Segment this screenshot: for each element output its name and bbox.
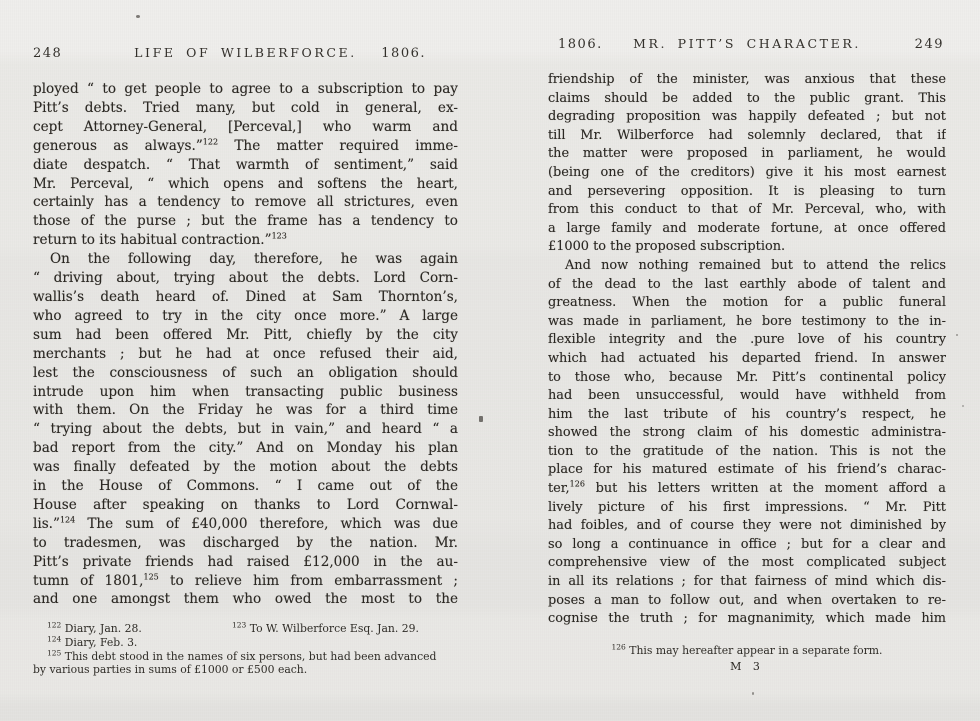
- left-running-title: LIFE OF WILBERFORCE.: [134, 45, 357, 60]
- text-line: tion to the gratitude of the nation. Thi…: [548, 443, 946, 462]
- text-line: And now nothing remained but to attend t…: [548, 257, 946, 276]
- text-line: flexible integrity and the .pure love of…: [548, 331, 946, 350]
- text-line: those of the purse ; but the frame has a…: [33, 212, 458, 231]
- text-line: cognise the truth ; for magnanimity, whi…: [548, 610, 946, 629]
- text-line: had foibles, and of course they were not…: [548, 517, 946, 536]
- text-line: House after speaking on thanks to Lord C…: [33, 496, 458, 515]
- footnote-126: 126 This may hereafter appear in a separ…: [548, 644, 946, 657]
- text-line: bad report from the city.” And on Monday…: [33, 439, 458, 458]
- text-line: merchants ; but he had at once refused t…: [33, 345, 458, 364]
- left-header-year: 1806.: [357, 46, 458, 61]
- text-line: “ trying about the debts, but in vain,” …: [33, 420, 458, 439]
- scan-speck: [136, 15, 140, 18]
- left-page: 248 LIFE OF WILBERFORCE. 1806. ployed “ …: [33, 45, 458, 677]
- text-line: On the following day, therefore, he was …: [33, 250, 458, 269]
- text-line: to those who, because Mr. Pitt’s contine…: [548, 369, 946, 388]
- text-line: £1000 to the proposed subscription.: [548, 238, 946, 257]
- footnote-123: 123 To W. Wilberforce Esq. Jan. 29.: [232, 622, 419, 636]
- footnote-122: 122 Diary, Jan. 28.: [33, 622, 232, 636]
- text-line: comprehensive view of the most complicat…: [548, 554, 946, 573]
- text-line: certainly has a tendency to remove all s…: [33, 193, 458, 212]
- text-line: who agreed to try in the city once more.…: [33, 307, 458, 326]
- text-line: “ driving about, trying about the debts.…: [33, 269, 458, 288]
- book-scan: 248 LIFE OF WILBERFORCE. 1806. ployed “ …: [0, 0, 980, 721]
- footnote-row: by various parties in sums of £1000 or £…: [33, 663, 458, 677]
- text-line: generous as always.”122 The matter requi…: [33, 137, 458, 156]
- scan-speck: [479, 416, 483, 422]
- left-page-number: 248: [33, 46, 134, 61]
- footnote-row: 122 Diary, Jan. 28. 123 To W. Wilberforc…: [33, 622, 458, 636]
- text-line: claims should be added to the public gra…: [548, 90, 946, 109]
- text-line: return to its habitual contraction.”123: [33, 231, 458, 250]
- scan-speck: [962, 405, 964, 407]
- right-running-title: MR. PITT’S CHARACTER.: [633, 36, 861, 51]
- text-line: lis.”124 The sum of £40,000 therefore, w…: [33, 515, 458, 534]
- text-line: greatness. When the motion for a public …: [548, 294, 946, 313]
- text-line: him the last tribute of his country’s re…: [548, 406, 946, 425]
- text-line: showed the strong claim of his domestic …: [548, 424, 946, 443]
- text-line: in all its relations ; for that fairness…: [548, 573, 946, 592]
- text-line: was made in parliament, he bore testimon…: [548, 313, 946, 332]
- footnote-125-line2: by various parties in sums of £1000 or £…: [33, 663, 307, 677]
- right-page-number: 249: [861, 37, 946, 52]
- text-line: till Mr. Wilberforce had solemnly declar…: [548, 127, 946, 146]
- text-line: (being one of the creditors) give it his…: [548, 164, 946, 183]
- text-line: a large family and moderate fortune, at …: [548, 220, 946, 239]
- text-line: Pitt’s debts. Tried many, but cold in ge…: [33, 99, 458, 118]
- footnote-row: 125 This debt stood in the names of six …: [33, 650, 458, 664]
- left-page-body: ployed “ to get people to agree to a sub…: [33, 80, 458, 609]
- text-line: Mr. Perceval, “ which opens and softens …: [33, 175, 458, 194]
- text-line: wallis’s death heard of. Dined at Sam Th…: [33, 288, 458, 307]
- text-line: from this conduct to that of Mr. Perceva…: [548, 201, 946, 220]
- right-page-body: friendship of the minister, was anxious …: [548, 71, 946, 629]
- text-line: place for his matured estimate of his fr…: [548, 461, 946, 480]
- text-line: had been unsuccessful, would have withhe…: [548, 387, 946, 406]
- text-line: friendship of the minister, was anxious …: [548, 71, 946, 90]
- text-line: diate despatch. “ That warmth of sentime…: [33, 156, 458, 175]
- text-line: to tradesmen, was discharged by the nati…: [33, 534, 458, 553]
- scan-speck: [956, 334, 958, 336]
- right-page: 1806. MR. PITT’S CHARACTER. 249 friendsh…: [548, 36, 946, 673]
- text-line: tumn of 1801,125 to relieve him from emb…: [33, 572, 458, 591]
- text-line: poses a man to follow out, and when over…: [548, 592, 946, 611]
- scan-speck: [933, 228, 935, 230]
- text-line: ployed “ to get people to agree to a sub…: [33, 80, 458, 99]
- text-line: Pitt’s private friends had raised £12,00…: [33, 553, 458, 572]
- text-line: which had actuated his departed friend. …: [548, 350, 946, 369]
- text-line: and persevering opposition. It is pleasi…: [548, 183, 946, 202]
- text-line: ter,126 but his letters written at the m…: [548, 480, 946, 499]
- signature-mark: M 3: [548, 660, 946, 673]
- right-header-year: 1806.: [548, 37, 633, 52]
- text-line: sum had been offered Mr. Pitt, chiefly b…: [33, 326, 458, 345]
- text-line: was finally defeated by the motion about…: [33, 458, 458, 477]
- text-line: with them. On the Friday he was for a th…: [33, 401, 458, 420]
- text-line: cept Attorney-General, [Perceval,] who w…: [33, 118, 458, 137]
- text-line: and one amongst them who owed the most t…: [33, 590, 458, 609]
- right-page-header: 1806. MR. PITT’S CHARACTER. 249: [548, 36, 946, 52]
- text-line: so long a continuance in office ; but fo…: [548, 536, 946, 555]
- text-line: the matter were proposed in parliament, …: [548, 145, 946, 164]
- text-line: intrude upon him when transacting public…: [33, 383, 458, 402]
- left-page-footnotes: 122 Diary, Jan. 28. 123 To W. Wilberforc…: [33, 622, 458, 676]
- scan-speck: [752, 692, 754, 695]
- text-line: degrading proposition was happily defeat…: [548, 108, 946, 127]
- footnote-125-line1: 125 This debt stood in the names of six …: [33, 650, 436, 664]
- footnote-row: 124 Diary, Feb. 3.: [33, 636, 458, 650]
- text-line: of the dead to the last earthly abode of…: [548, 276, 946, 295]
- text-line: lively picture of his first impressions.…: [548, 499, 946, 518]
- text-line: lest the consciousness of such an obliga…: [33, 364, 458, 383]
- text-line: in the House of Commons. “ I came out of…: [33, 477, 458, 496]
- left-page-header: 248 LIFE OF WILBERFORCE. 1806.: [33, 45, 458, 61]
